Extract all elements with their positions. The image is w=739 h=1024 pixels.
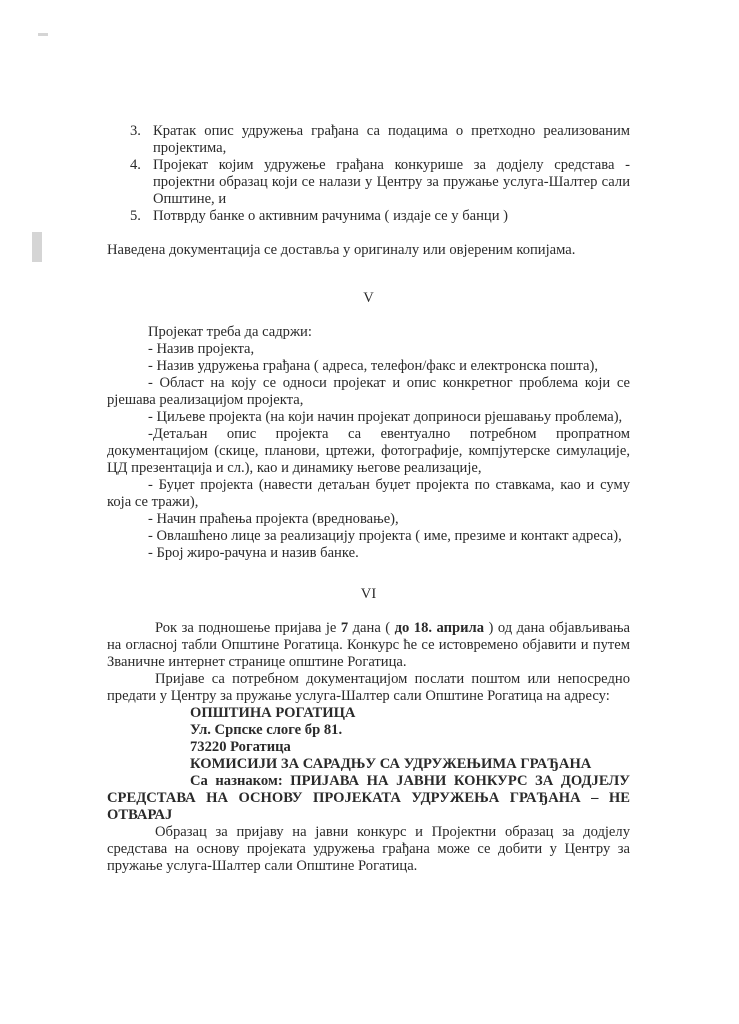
requirement-line: -Детаљан опис пројекта са евентуално пот…	[148, 426, 630, 443]
section-v-intro: Пројекат треба да садржи:	[148, 324, 312, 341]
address-line: ОПШТИНА РОГАТИЦА	[190, 705, 355, 722]
deadline-line: Рок за подношење пријава је 7 дана ( до …	[155, 620, 630, 637]
list-item-text: Кратак опис удружења грађана са подацима…	[153, 123, 630, 140]
list-item-text: Пројекат којим удружење грађана конкуриш…	[153, 157, 630, 174]
list-item-text: пројектни образац који се налази у Центр…	[153, 174, 630, 191]
requirement-line: рјешава реализацијом пројекта,	[107, 392, 303, 409]
requirement-line: ЦД презентација и сл.), као и динамику њ…	[107, 460, 482, 477]
requirement-line: - Број жиро-рачуна и назив банке.	[148, 545, 359, 562]
deadline-text: дана (	[348, 620, 394, 636]
documentation-note: Наведена документација се доставља у ори…	[107, 242, 575, 259]
list-item-text: Потврду банке о активним рачунима ( изда…	[153, 208, 508, 225]
section-heading-v: V	[107, 290, 630, 307]
requirement-line: - Назив пројекта,	[148, 341, 254, 358]
address-line: КОМИСИЈИ ЗА САРАДЊУ СА УДРУЖЕЊИМА ГРАЂАН…	[190, 756, 591, 773]
form-info-line: Образац за пријаву на јавни конкурс и Пр…	[155, 824, 630, 841]
form-info-line: средстава на основу пројеката удружења г…	[107, 841, 630, 858]
section-heading-vi: VI	[107, 586, 630, 603]
scan-smudge	[32, 232, 42, 262]
requirement-line: - Циљеве пројекта (на који начин пројека…	[148, 409, 622, 426]
submission-line: Пријаве са потребном документацијом посл…	[155, 671, 630, 688]
scanned-document-page: 3. Кратак опис удружења грађана са подац…	[0, 0, 739, 1024]
requirement-line: која се тражи),	[107, 494, 198, 511]
submission-line: предати у Центру за пружање услуга-Шалте…	[107, 688, 610, 705]
requirement-line: документацијом (скице, планови, цртежи, …	[107, 443, 630, 460]
deadline-date: до 18. априла	[395, 620, 484, 636]
notice-line: Са назнаком: ПРИЈАВА НА ЈАВНИ КОНКУРС ЗА…	[190, 773, 630, 790]
notice-line: СРЕДСТАВА НА ОСНОВУ ПРОЈЕКАТА УДРУЖЕЊА Г…	[107, 790, 630, 807]
address-line: Ул. Српске слоге бр 81.	[190, 722, 342, 739]
deadline-line: Званичне интернет странице општине Рогат…	[107, 654, 407, 671]
requirement-line: - Назив удружења грађана ( адреса, телеф…	[148, 358, 598, 375]
list-item-number: 3.	[130, 123, 141, 140]
list-item-text: пројектима,	[153, 140, 226, 157]
requirement-line: - Област на коју се односи пројекат и оп…	[148, 375, 630, 392]
deadline-line: на огласној табли Општине Рогатица. Конк…	[107, 637, 630, 654]
scan-speck	[38, 33, 48, 36]
requirement-line: - Буџет пројекта (навести детаљан буџет …	[148, 477, 630, 494]
deadline-text: Рок за подношење пријава је	[155, 620, 341, 636]
deadline-text: ) од дана објављивања	[484, 620, 630, 636]
requirement-line: - Овлашћено лице за реализацију пројекта…	[148, 528, 622, 545]
notice-line: ОТВАРАЈ	[107, 807, 172, 824]
requirement-line: - Начин праћења пројекта (вредновање),	[148, 511, 399, 528]
list-item-number: 4.	[130, 157, 141, 174]
list-item-number: 5.	[130, 208, 141, 225]
address-line: 73220 Рогатица	[190, 739, 291, 756]
form-info-line: пружање услуга-Шалтер сали Општине Рогат…	[107, 858, 417, 875]
list-item-text: Општине, и	[153, 191, 226, 208]
